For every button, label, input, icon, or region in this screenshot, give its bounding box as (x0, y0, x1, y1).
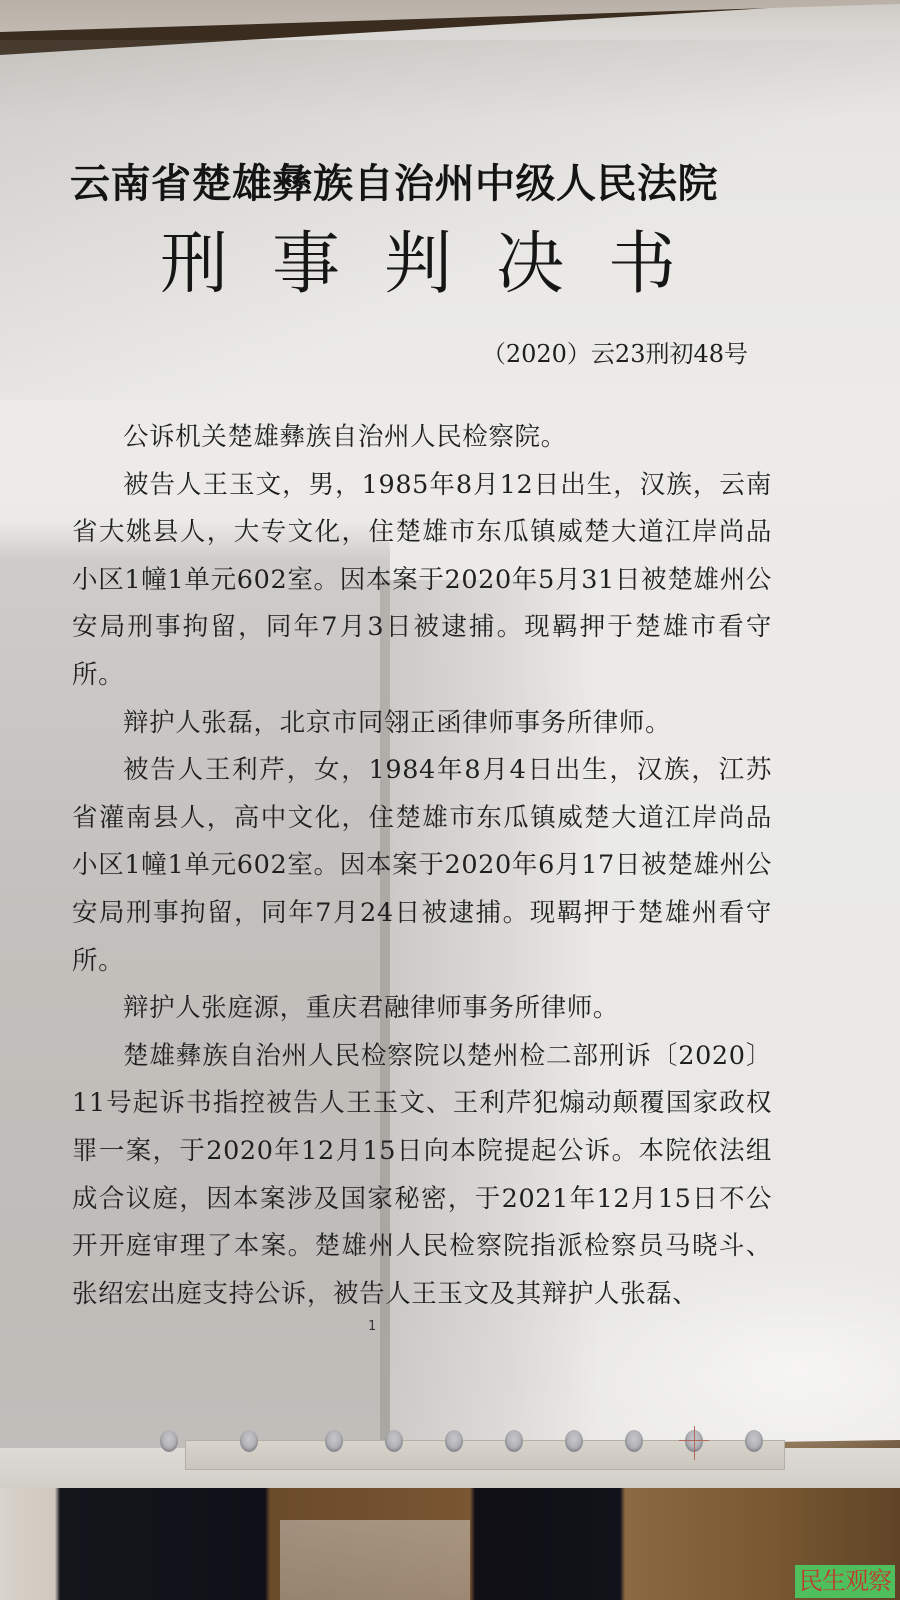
page-number: 1 (368, 1318, 376, 1336)
background-object (280, 1520, 470, 1600)
paragraph-case-summary: 楚雄彝族自治州人民检察院以楚州检二部刑诉〔2020〕11号起诉书指控被告人王玉文… (72, 1033, 772, 1319)
paragraph-prosecutor: 公诉机关楚雄彝族自治州人民检察院。 (72, 414, 772, 462)
paragraph-defendant-2: 被告人王利芹，女，1984年8月4日出生，汉族，江苏省灌南县人，高中文化，住楚雄… (72, 747, 772, 985)
watermark-badge: 民生观察 (795, 1565, 895, 1598)
paragraph-defender-2: 辩护人张庭源，重庆君融律师事务所律师。 (72, 985, 772, 1033)
document-content: 云南省楚雄彝族自治州中级人民法院 刑事判决书 （2020）云23刑初48号 公诉… (0, 0, 900, 1450)
case-number: （2020）云23刑初48号 (482, 336, 748, 372)
paragraph-defender-1: 辩护人张磊，北京市同翎正函律师事务所律师。 (72, 700, 772, 748)
document-title: 刑事判决书 (160, 220, 680, 310)
document-body: 公诉机关楚雄彝族自治州人民检察院。 被告人王玉文，男，1985年8月12日出生，… (72, 414, 772, 1318)
paragraph-defendant-1: 被告人王玉文，男，1985年8月12日出生，汉族，云南省大姚县人，大专文化，住楚… (72, 462, 772, 700)
court-name-heading: 云南省楚雄彝族自治州中级人民法院 (70, 158, 760, 210)
